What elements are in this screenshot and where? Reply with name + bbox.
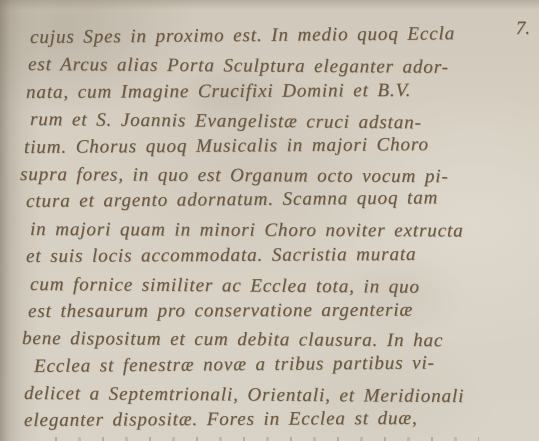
cut-off-line-fragment xyxy=(55,437,479,441)
manuscript-line: ctura et argento adornatum. Scamna quoq … xyxy=(26,184,539,216)
manuscript-line: Ecclea st fenestræ novæ a tribus partibu… xyxy=(34,348,539,380)
manuscript-line: cujus Spes in proximo est. In medio quoq… xyxy=(30,20,539,52)
manuscript-line: et suis locis accommodata. Sacristia mur… xyxy=(26,240,539,270)
manuscript-line: nata, cum Imagine Crucifixi Domini et B.… xyxy=(26,76,539,106)
manuscript-lines: cujus Spes in proximo est. In medio quoq… xyxy=(0,24,539,435)
manuscript-page: 7. cujus Spes in proximo est. In medio q… xyxy=(0,0,539,441)
manuscript-line: est thesaurum pro conservatione argenter… xyxy=(28,296,539,325)
manuscript-line: tium. Chorus quoq Musicalis in majori Ch… xyxy=(24,130,539,161)
manuscript-line: eleganter dispositæ. Fores in Ecclea st … xyxy=(24,405,539,435)
